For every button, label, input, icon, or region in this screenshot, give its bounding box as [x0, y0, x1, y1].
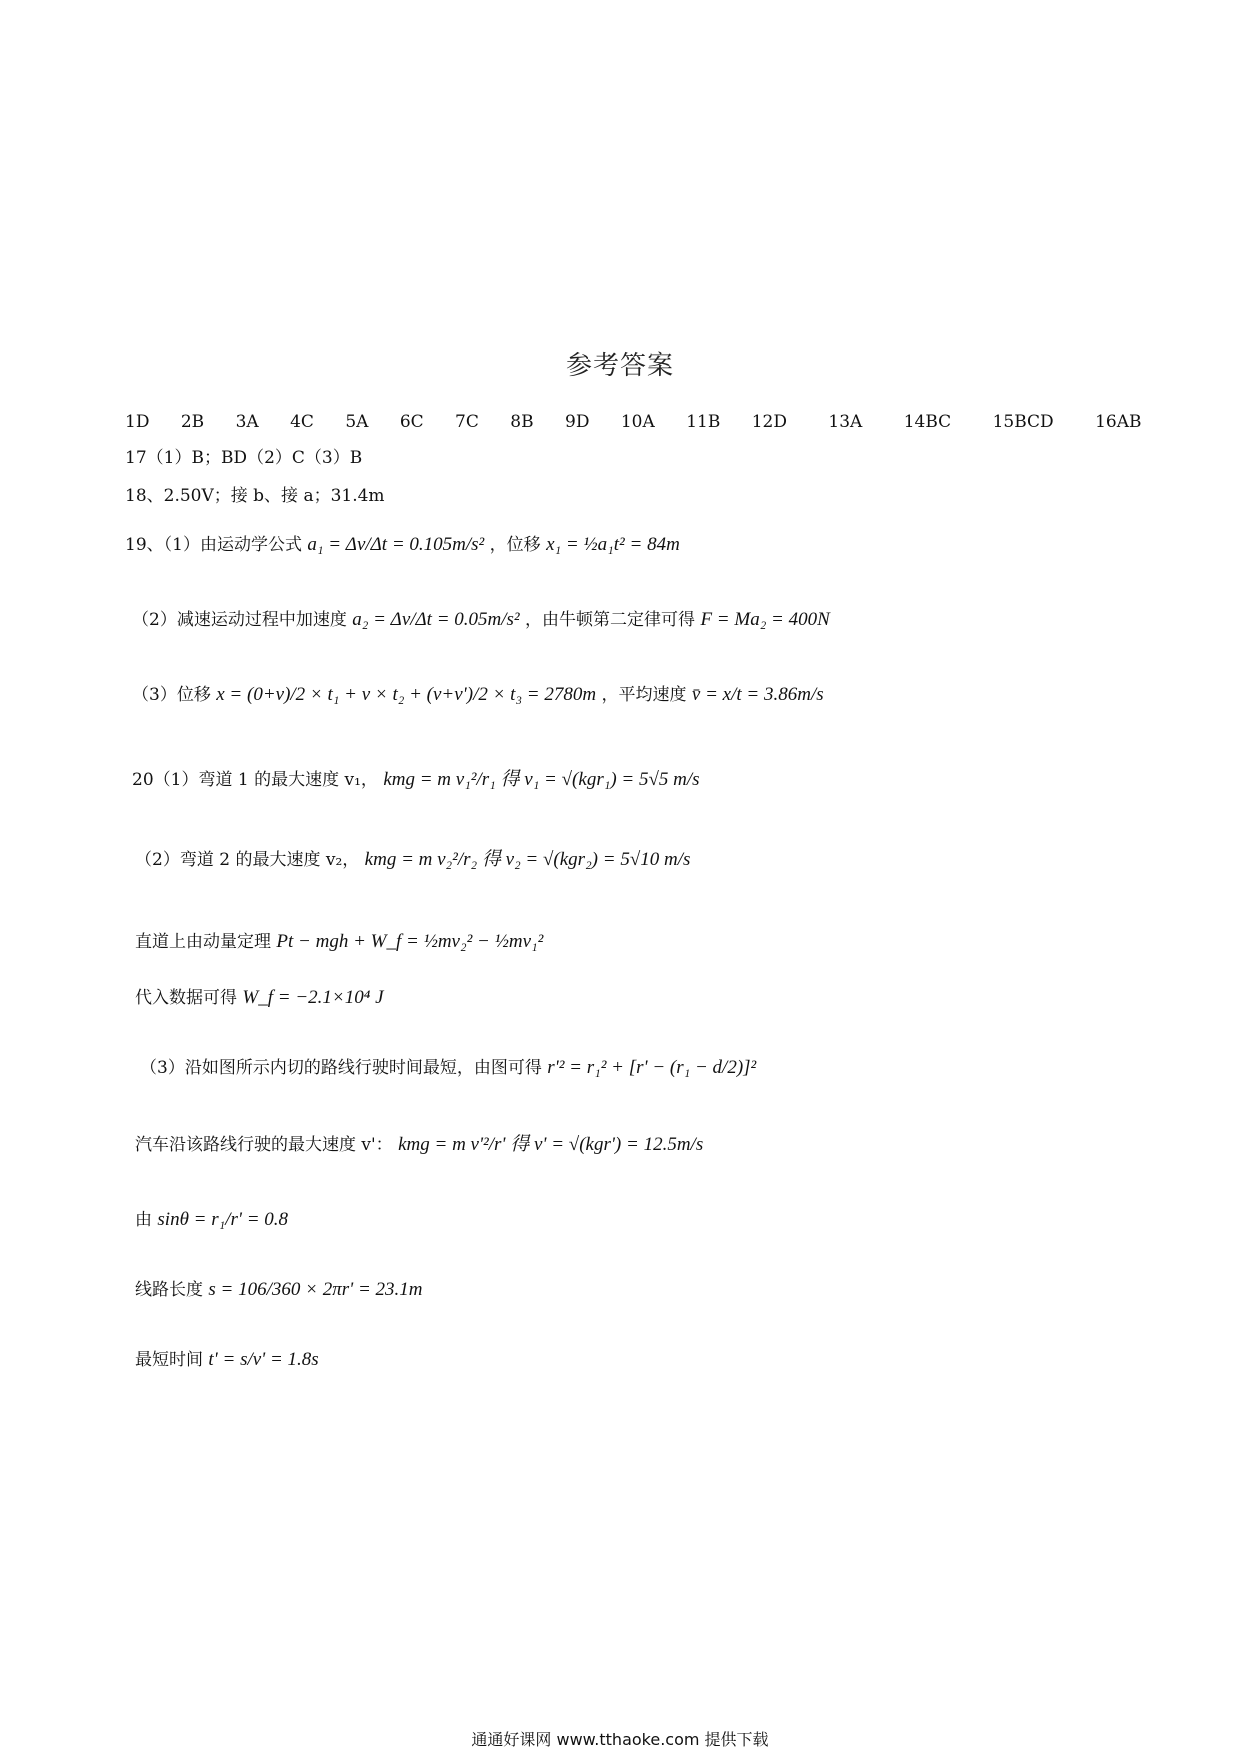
answer-item: 1D	[125, 412, 149, 432]
answer-q20-energy: 直道上由动量定理 Pt − mgh + W_f = ½mv₂² − ½mv₁²	[135, 932, 543, 951]
q20-p1-formula: kmg = m v₁²/r₁ 得 v₁ = √(kgr₁) = 5√5 m/s	[383, 769, 699, 790]
q20-time-formula: t' = s/v' = 1.8s	[208, 1349, 318, 1370]
q19-p1-text: 19、（1）由运动学公式	[125, 535, 302, 555]
footer-source: 通通好课网 www.tthaoke.com 提供下载	[0, 1727, 1240, 1750]
answer-item: 6C	[400, 412, 424, 432]
answer-item: 2B	[181, 412, 204, 432]
answer-item: 8B	[510, 412, 533, 432]
answer-item: 10A	[621, 412, 655, 432]
q20-p2-formula: kmg = m v₂²/r₂ 得 v₂ = √(kgr₂) = 5√10 m/s	[365, 849, 691, 870]
q20-vmax-text: 汽车沿该路线行驶的最大速度 v'：	[135, 1135, 393, 1155]
answer-item: 9D	[565, 412, 589, 432]
answer-q20-part3: （3）沿如图所示内切的路线行驶时间最短，由图可得 r'² = r₁² + [r'…	[140, 1058, 756, 1077]
page-title: 参考答案	[0, 345, 1240, 382]
q19-p2-text: （2）减速运动过程中加速度	[132, 610, 347, 630]
q19-p3-text2: ，平均速度	[602, 685, 687, 705]
answer-q20-part1: 20（1）弯道 1 的最大速度 v₁， kmg = m v₁²/r₁ 得 v₁ …	[132, 770, 700, 789]
multiple-choice-answers: 1D 2B 3A 4C 5A 6C 7C 8B 9D 10A 11B 12D 1…	[125, 412, 1167, 432]
q20-wf-text: 代入数据可得	[135, 988, 237, 1008]
q20-sin-formula: sinθ = r₁/r' = 0.8	[157, 1209, 288, 1230]
q19-p1-text2: ，位移	[490, 535, 541, 555]
q20-p3-text: （3）沿如图所示内切的路线行驶时间最短，由图可得	[140, 1058, 542, 1078]
q19-p3-formula: x = (0+v)/2 × t₁ + v × t₂ + (v+v')/2 × t…	[216, 684, 596, 705]
answer-item: 11B	[686, 412, 720, 432]
q19-p2-text2: ，由牛顿第二定律可得	[525, 610, 695, 630]
answer-item: 14BC	[904, 412, 951, 432]
q19-p3-text: （3）位移	[132, 685, 211, 705]
answer-q19-part2: （2）减速运动过程中加速度 a₂ = Δv/Δt = 0.05m/s² ，由牛顿…	[132, 610, 830, 629]
answer-q18: 18、2.50V；接 b、接 a；31.4m	[125, 488, 385, 505]
answer-item: 12D	[752, 412, 787, 432]
answer-item: 3A	[236, 412, 259, 432]
q20-p1-text: 20（1）弯道 1 的最大速度 v₁，	[132, 770, 378, 790]
answer-item: 5A	[345, 412, 368, 432]
answer-q20-time: 最短时间 t' = s/v' = 1.8s	[135, 1350, 319, 1369]
answer-q20-sin: 由 sinθ = r₁/r' = 0.8	[135, 1210, 288, 1229]
answer-q17: 17（1）B；BD（2）C（3）B	[125, 450, 362, 467]
q19-p2-formula: a₂ = Δv/Δt = 0.05m/s²	[352, 609, 519, 630]
q20-sin-text: 由	[135, 1210, 152, 1230]
q20-wf-formula: W_f = −2.1×10⁴ J	[242, 987, 383, 1008]
q20-time-text: 最短时间	[135, 1350, 203, 1370]
q19-p2-formula2: F = Ma₂ = 400N	[700, 609, 829, 630]
answer-item: 13A	[828, 412, 862, 432]
answer-item: 4C	[290, 412, 314, 432]
answer-item: 16AB	[1095, 412, 1141, 432]
answer-item: 7C	[455, 412, 479, 432]
q20-energy-text: 直道上由动量定理	[135, 932, 271, 952]
q19-p1-formula: a₁ = Δv/Δt = 0.105m/s²	[307, 534, 484, 555]
answer-q19-part3: （3）位移 x = (0+v)/2 × t₁ + v × t₂ + (v+v')…	[132, 685, 824, 704]
answer-q20-part2: （2）弯道 2 的最大速度 v₂， kmg = m v₂²/r₂ 得 v₂ = …	[135, 850, 690, 869]
answer-q20-vmax: 汽车沿该路线行驶的最大速度 v'： kmg = m v'²/r' 得 v' = …	[135, 1135, 703, 1154]
answer-q20-wf: 代入数据可得 W_f = −2.1×10⁴ J	[135, 988, 384, 1007]
answer-q20-length: 线路长度 s = 106/360 × 2πr' = 23.1m	[135, 1280, 423, 1299]
q19-p1-formula2: x₁ = ½a₁t² = 84m	[546, 534, 680, 555]
q20-len-formula: s = 106/360 × 2πr' = 23.1m	[208, 1279, 422, 1300]
q20-p2-text: （2）弯道 2 的最大速度 v₂，	[135, 850, 359, 870]
q19-p3-formula2: v̄ = x/t = 3.86m/s	[692, 684, 824, 705]
q20-vmax-formula: kmg = m v'²/r' 得 v' = √(kgr') = 12.5m/s	[398, 1134, 703, 1155]
answer-q19-part1: 19、（1）由运动学公式 a₁ = Δv/Δt = 0.105m/s² ，位移 …	[125, 535, 680, 554]
q20-len-text: 线路长度	[135, 1280, 203, 1300]
q20-energy-formula: Pt − mgh + W_f = ½mv₂² − ½mv₁²	[276, 931, 543, 952]
q20-p3-formula: r'² = r₁² + [r' − (r₁ − d/2)]²	[547, 1057, 756, 1078]
answer-item: 15BCD	[993, 412, 1054, 432]
